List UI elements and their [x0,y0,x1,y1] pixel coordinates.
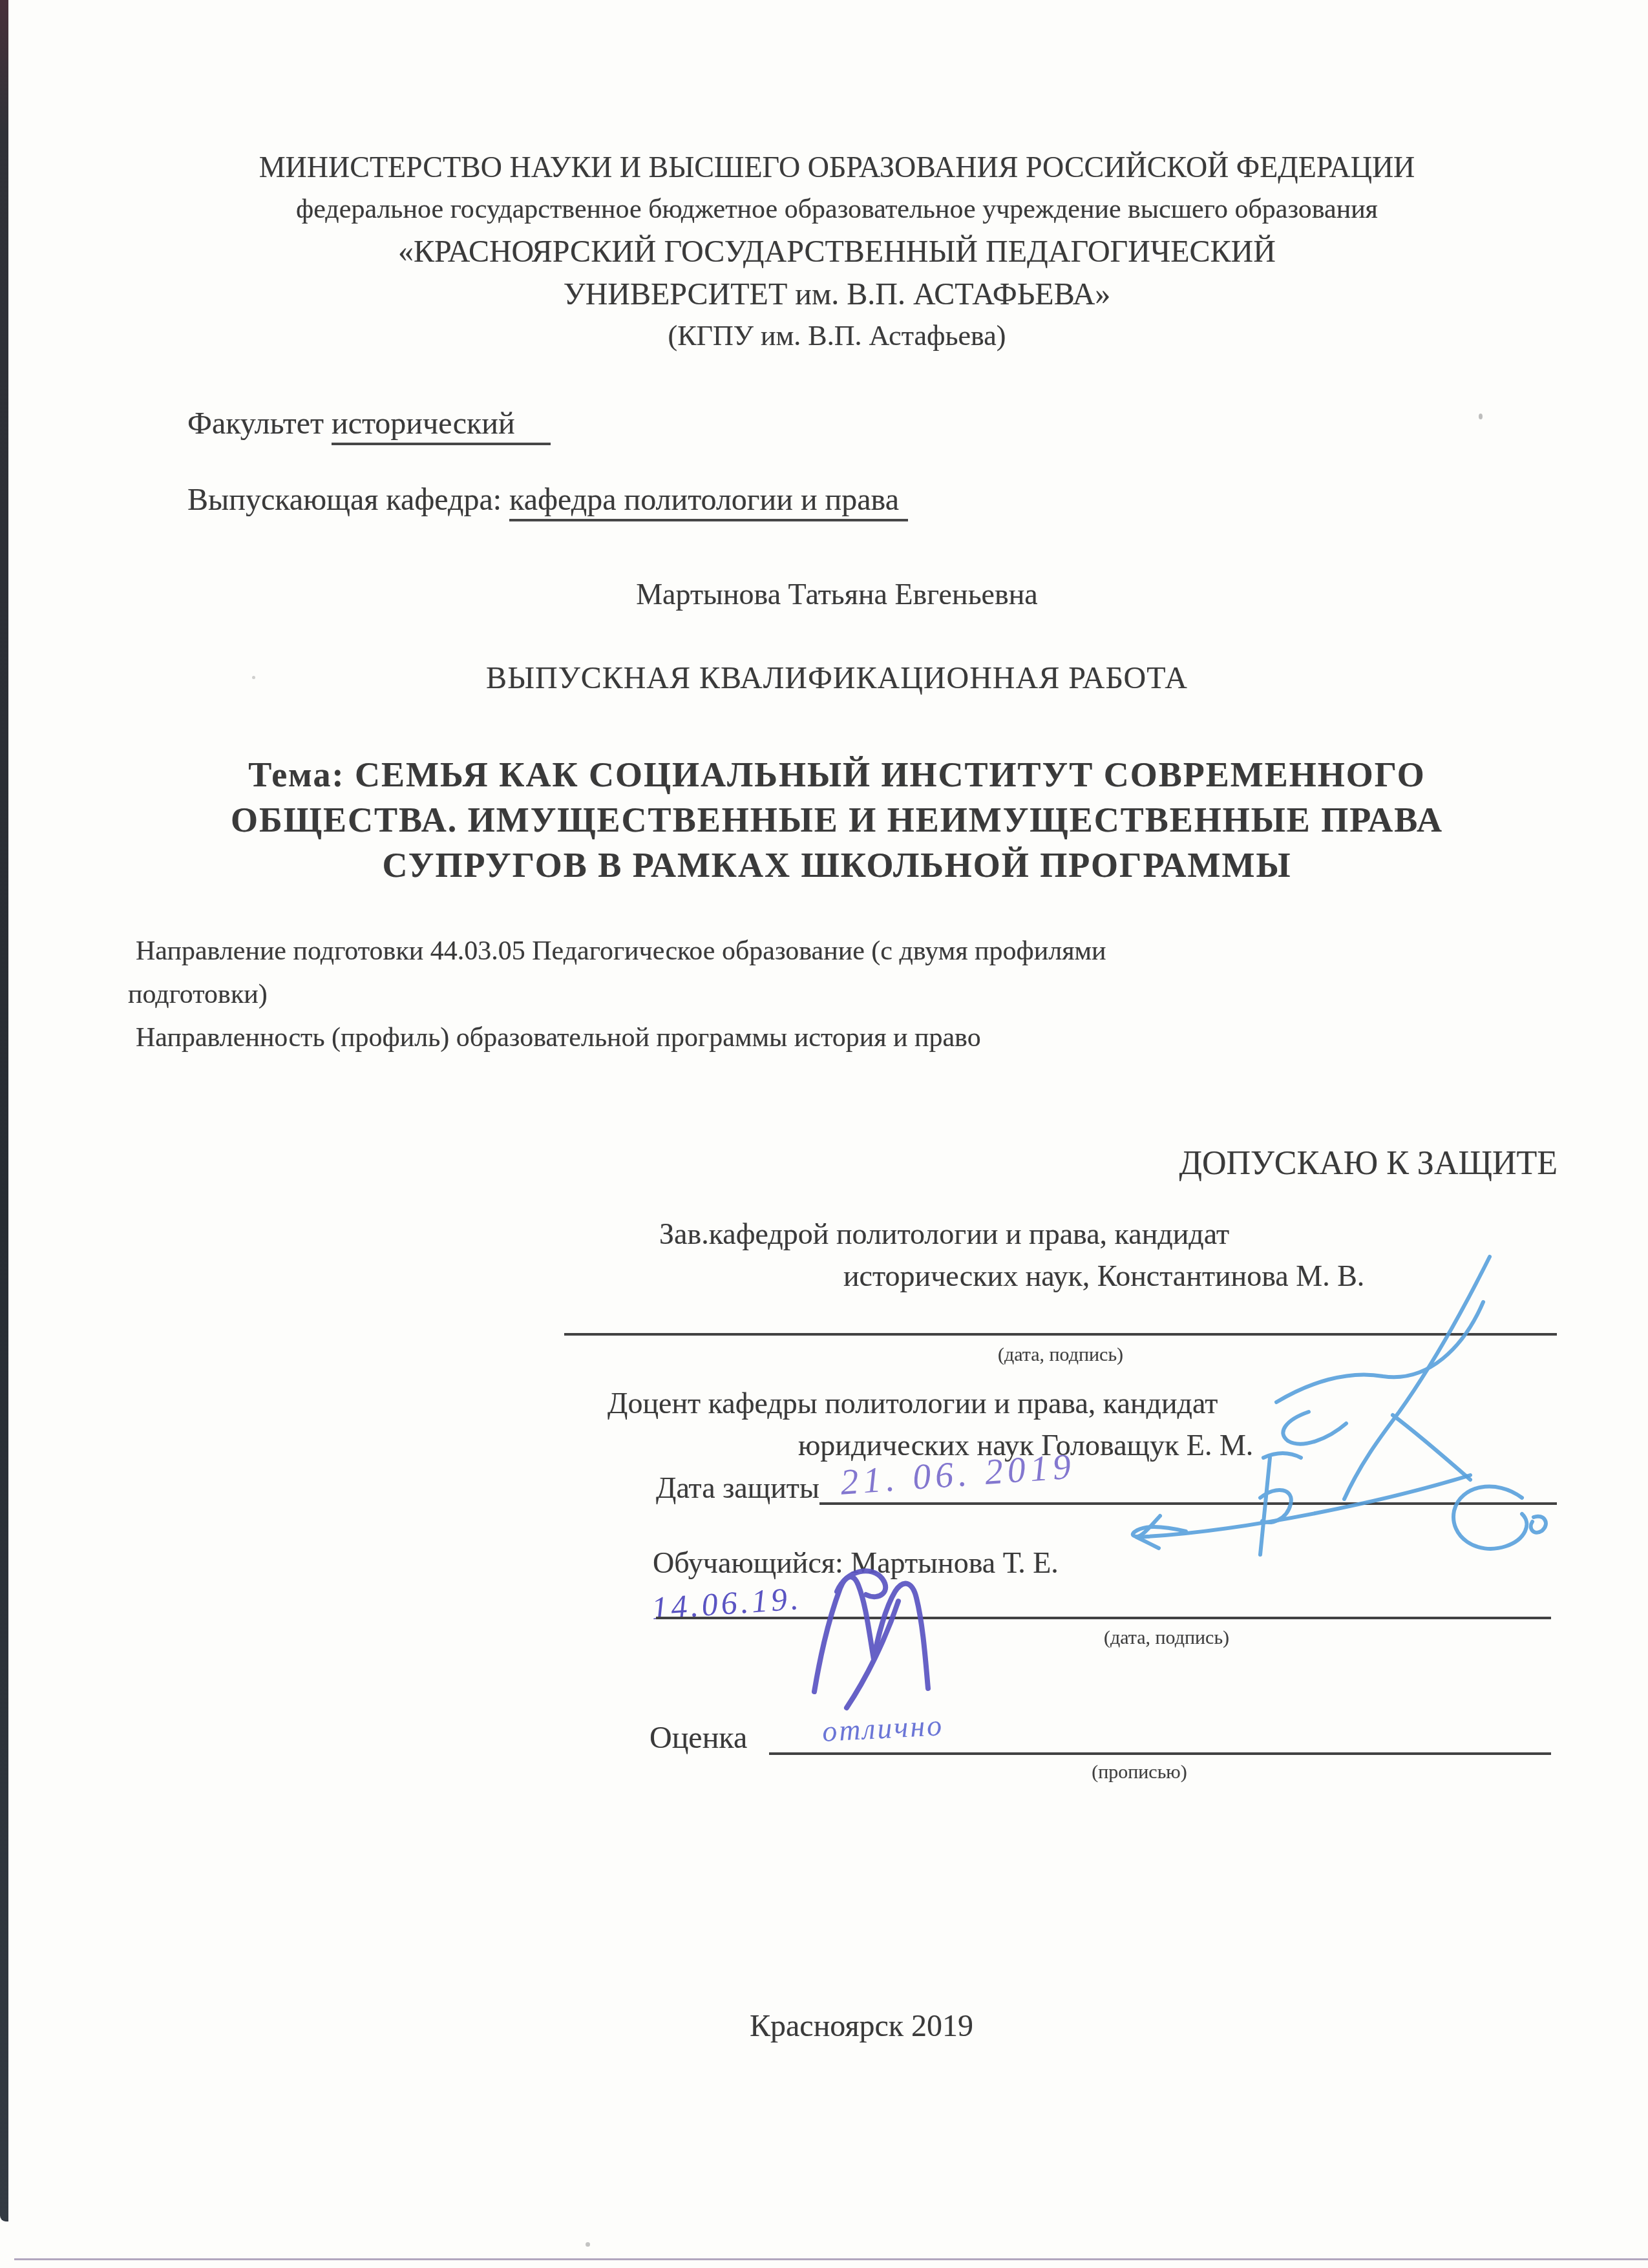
scanned-title-page: МИНИСТЕРСТВО НАУКИ И ВЫСШЕГО ОБРАЗОВАНИЯ… [0,0,1648,2268]
university-name-line2: УНИВЕРСИТЕТ им. В.П. АСТАФЬЕВА» [0,277,1648,313]
theme-line1: Тема: СЕМЬЯ КАК СОЦИАЛЬНЫЙ ИНСТИТУТ СОВР… [0,755,1648,796]
defense-signature-ink [1108,1440,1548,1569]
work-type-title: ВЫПУСКНАЯ КВАЛИФИКАЦИОННАЯ РАБОТА [0,660,1648,697]
program-line3: Направленность (профиль) образовательной… [136,1022,981,1055]
city-year: Красноярск 2019 [750,2008,973,2045]
department-line: Выпускающая кафедра: кафедра политологии… [187,482,908,521]
theme-line2: ОБЩЕСТВА. ИМУЩЕСТВЕННЫЕ И НЕИМУЩЕСТВЕННЫ… [0,800,1648,841]
faculty-label: Факультет [187,406,324,441]
scan-speck [586,2242,590,2247]
grade-line [769,1752,1551,1755]
faculty-line: Факультет исторический [187,406,551,445]
university-short-name: (КГПУ им. В.П. Астафьева) [0,319,1648,353]
grade-label: Оценка [650,1720,747,1757]
approval-title: ДОПУСКАЮ К ЗАЩИТЕ [1179,1144,1558,1183]
signature-line-student [656,1617,1551,1619]
scan-speck [1479,414,1483,419]
ministry-line: МИНИСТЕРСТВО НАУКИ И ВЫСШЕГО ОБРАЗОВАНИЯ… [0,150,1648,185]
department-head-line1: Зав.кафедрой политологии и права, кандид… [659,1217,1229,1252]
grade-handwriting: отлично [821,1708,945,1748]
author-name: Мартынова Татьяна Евгеньевна [0,577,1648,612]
faculty-value: исторический [332,406,551,445]
date-signature-caption-2: (дата, подпись) [1037,1627,1296,1649]
institution-line: федеральное государственное бюджетное об… [0,194,1648,226]
date-signature-caption-1: (дата, подпись) [931,1344,1190,1366]
student-signature-ink [801,1562,947,1711]
program-line1: Направление подготовки 44.03.05 Педагоги… [136,936,1106,968]
defense-date-label: Дата защиты [656,1471,819,1506]
paper-bottom-edge [14,2258,1648,2260]
department-label: Выпускающая кафедра: [187,483,502,517]
student-date-handwriting: 14.06.19. [650,1579,803,1627]
program-line2: подготовки) [128,979,268,1011]
docent-line1: Доцент кафедры политологии и права, канд… [607,1386,1218,1421]
university-name-line1: «КРАСНОЯРСКИЙ ГОСУДАРСТВЕННЫЙ ПЕДАГОГИЧЕ… [0,234,1648,271]
grade-caption: (прописью) [1010,1761,1269,1783]
theme-line3: СУПРУГОВ В РАМКАХ ШКОЛЬНОЙ ПРОГРАММЫ [0,845,1648,887]
department-value: кафедра политологии и права [509,482,908,521]
